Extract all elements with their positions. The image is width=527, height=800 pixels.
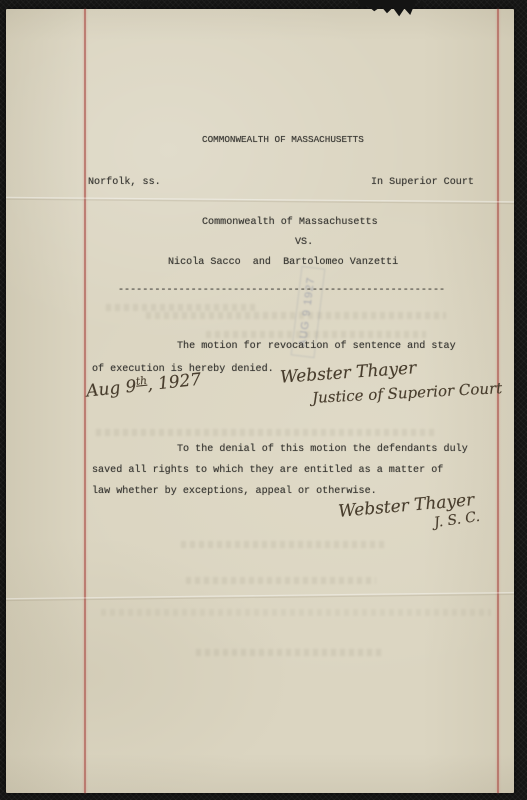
- document-page: AUG 9 1927 COMMONWEALTH OF MASSACHUSETTS…: [6, 9, 514, 793]
- right-margin-rule: [497, 9, 499, 793]
- bleedthrough-smudge: [101, 609, 491, 616]
- exceptions-paragraph-line3: law whether by exceptions, appeal or oth…: [92, 486, 377, 497]
- handwritten-date-year: , 1927: [146, 370, 202, 396]
- exceptions-paragraph-line1: To the denial of this motion the defenda…: [177, 444, 468, 455]
- fold-crease-bottom: [6, 592, 514, 601]
- caption-vs: VS.: [295, 237, 313, 248]
- left-margin-rule: [84, 9, 86, 793]
- paper-damage-speck: [349, 3, 356, 9]
- dashed-divider: ----------------------------------------…: [118, 285, 445, 296]
- caption-defendants: Nicola Sacco and Bartolomeo Vanzetti: [168, 257, 398, 268]
- caption-plaintiff: Commonwealth of Massachusetts: [202, 217, 378, 228]
- bleedthrough-smudge: [96, 429, 436, 436]
- paper-damage-speck: [141, 1, 151, 6]
- handwritten-date-day: Aug 9: [85, 376, 137, 401]
- judge-signature-1: Webster Thayer: [279, 358, 416, 387]
- bleedthrough-smudge: [196, 649, 381, 656]
- bleedthrough-smudge: [186, 577, 376, 584]
- order-paragraph-line1: The motion for revocation of sentence an…: [177, 341, 456, 352]
- photo-background: { "document": { "header": "COMMONWEALTH …: [0, 0, 527, 800]
- fold-crease-top: [6, 197, 514, 204]
- bleedthrough-smudge: [106, 304, 256, 311]
- venue-county: Norfolk, ss.: [88, 177, 161, 188]
- venue-court: In Superior Court: [371, 177, 474, 188]
- paper-damage-speck: [420, 2, 426, 6]
- exceptions-paragraph-line2: saved all rights to which they are entit…: [92, 465, 443, 476]
- document-header: COMMONWEALTH OF MASSACHUSETTS: [202, 134, 364, 145]
- bleedthrough-smudge: [181, 541, 386, 548]
